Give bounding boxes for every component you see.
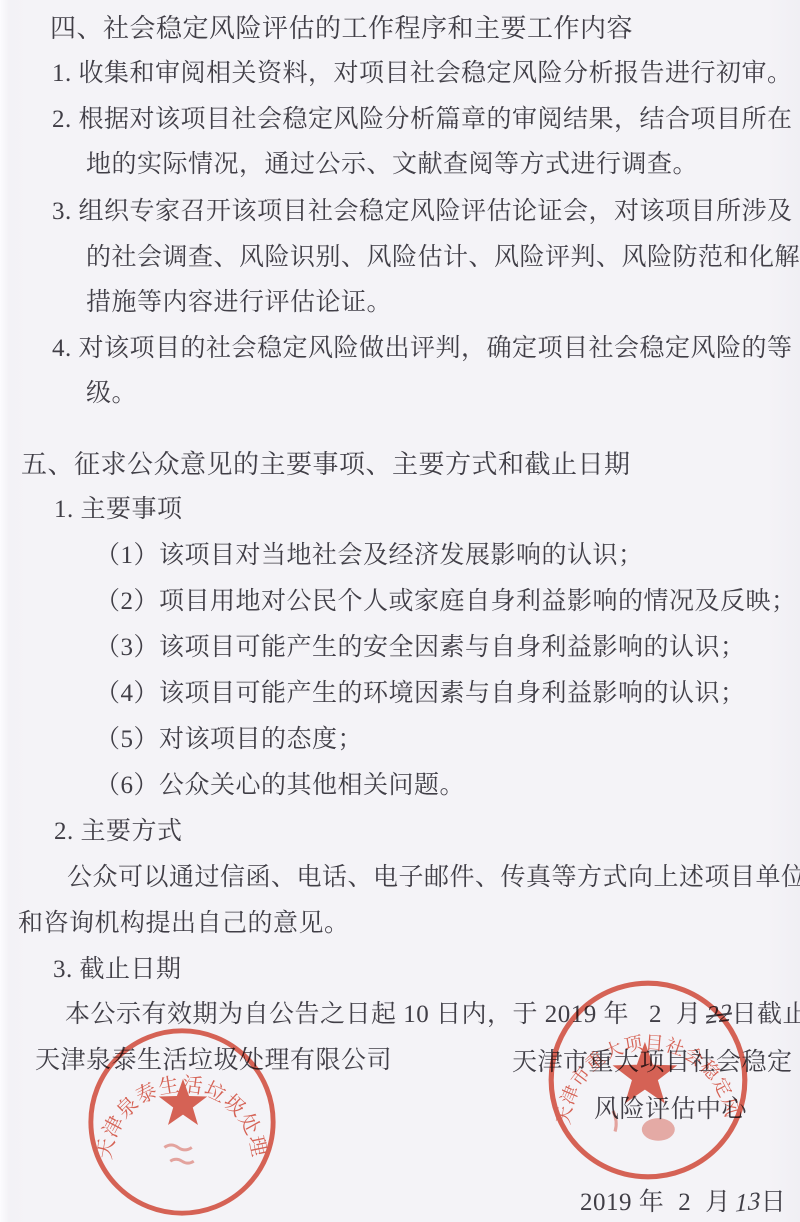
svg-text:天津泉泰生活垃圾处理有限公司: 天津泉泰生活垃圾处理有限公司 [84,1024,270,1161]
section5-sub2-line2: 和咨询机构提出自己的意见。 [18,909,350,939]
section5-sub3-title: 3. 截止日期 [53,955,182,985]
section5-heading: 五、征求公众意见的主要事项、主要方式和截止日期 [21,450,631,480]
issue-date-month: 2 [678,1189,691,1216]
section4-item1: 1. 收集和审阅相关资料，对项目社会稳定风险分析报告进行初审。 [52,59,793,89]
section4-item3-line3: 措施等内容进行评估论证。 [86,288,392,318]
stamp-scribble [164,1145,191,1150]
section5-sub1-item2: （2）项目用地对公民个人或家庭自身利益影响的情况及反映； [95,587,797,617]
company-stamp: 天津泉泰生活垃圾处理有限公司 [84,1024,280,1220]
document-page: 四、社会稳定风险评估的工作程序和主要工作内容 1. 收集和审阅相关资料，对项目社… [0,0,800,1222]
section4-item3-line2: 的社会调查、风险识别、风险估计、风险评判、风险防范和化解 [86,243,800,273]
stamp-smudge [642,1118,675,1141]
assessment-center-stamp: 天津市重大项目社会稳定风险评估中心 [545,977,751,1183]
issue-date-month-label: 月 [705,1189,731,1216]
section4-item3-line1: 3. 组织专家召开该项目社会稳定风险评估论证会，对该项目所涉及 [52,197,793,227]
section4-heading: 四、社会稳定风险评估的工作程序和主要工作内容 [50,14,633,44]
section5-sub1-title: 1. 主要事项 [54,495,183,525]
stamp-scribble [613,1111,616,1132]
issue-date-day-handwritten: 13 [735,1186,761,1219]
section5-sub1-item4: （4）该项目可能产生的环境因素与自身利益影响的认识； [95,679,746,709]
section4-item4-line1: 4. 对该项目的社会稳定风险做出评判，确定项目社会稳定风险的等 [52,334,793,364]
section4-item2-line1: 2. 根据对该项目社会稳定风险分析篇章的审阅结果，结合项目所在 [52,105,793,135]
section5-sub2-title: 2. 主要方式 [54,817,183,847]
section5-sub1-item3: （3）该项目可能产生的安全因素与自身利益影响的认识； [95,633,746,663]
section5-sub1-item1: （1）该项目对当地社会及经济发展影响的认识； [95,541,644,571]
stamp-ring-text: 天津泉泰生活垃圾处理有限公司 [84,1024,270,1161]
section5-sub1-item6: （6）公众关心的其他相关问题。 [95,771,465,801]
section4-item4-line2: 级。 [86,379,137,409]
issue-date-day-label: 日 [761,1189,787,1216]
section5-sub2-line1: 公众可以通过信函、电话、电子邮件、传真等方式向上述项目单位 [67,863,800,893]
section4-item2-line2: 地的实际情况，通过公示、文献查阅等方式进行调查。 [86,150,698,180]
section5-sub1-item5: （5）对该项目的态度； [95,725,363,755]
issue-date-year: 2019 年 [580,1189,664,1216]
stamp-scribble [170,1159,194,1163]
issue-date-line: 2019 年2月13日 [580,1188,786,1218]
